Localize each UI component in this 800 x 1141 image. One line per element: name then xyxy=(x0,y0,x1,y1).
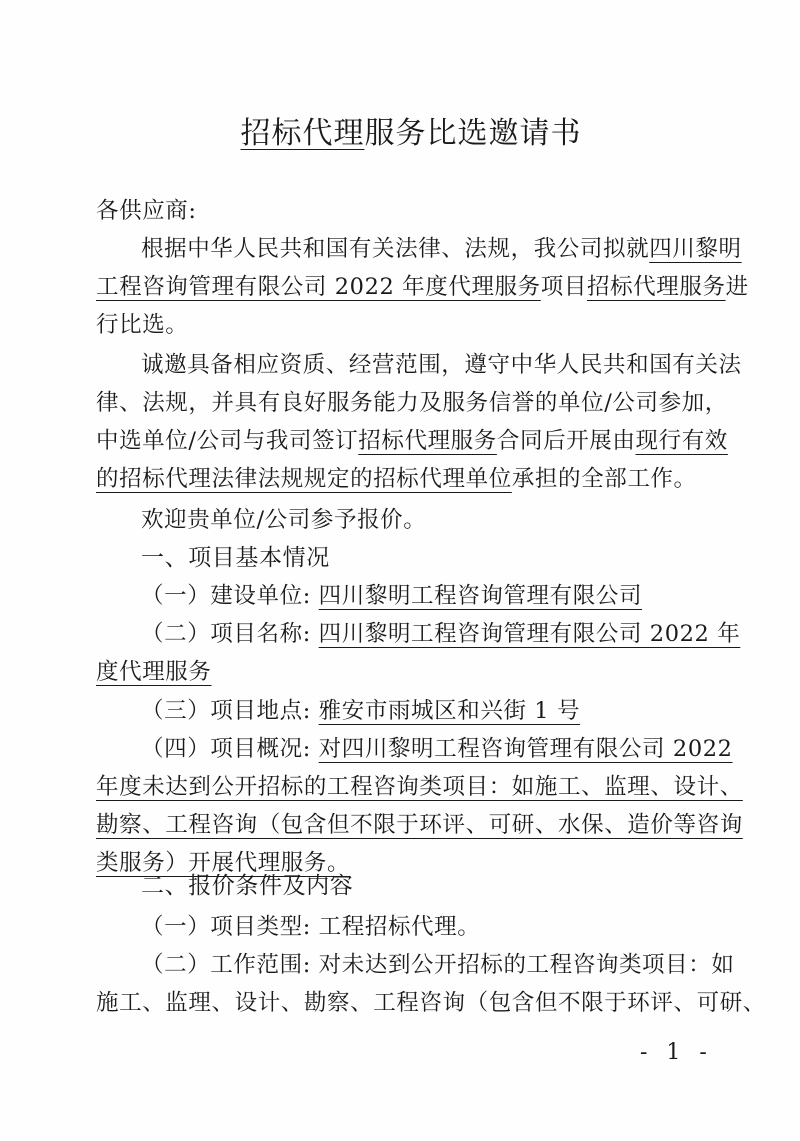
p2-line4: 的招标代理法律法规规定的招标代理单位承担的全部工作。 xyxy=(96,464,800,494)
page-number: - 1 - xyxy=(640,1040,713,1065)
section2-heading: 二、报价条件及内容 xyxy=(141,871,800,901)
s1-item3: （三）项目地点: 雅安市雨城区和兴街 1 号 xyxy=(141,696,800,726)
s2-item2: （二）工作范围: 对未达到公开招标的工程咨询类项目：如 xyxy=(141,950,800,980)
p2-line1: 诚邀具备相应资质、经营范围，遵守中华人民共和国有关法 xyxy=(141,350,800,380)
document-title: 招标代理服务比选邀请书 xyxy=(0,108,800,152)
p2-line3: 中选单位/公司与我司签订招标代理服务合同后开展由现行有效 xyxy=(96,426,800,456)
p2-line2: 律、法规，并具有良好服务能力及服务信誉的单位/公司参加， xyxy=(96,388,800,418)
section1-heading: 一、项目基本情况 xyxy=(141,543,800,573)
p3: 欢迎贵单位/公司参予报价。 xyxy=(141,505,800,535)
s1-item4-cont1: 年度未达到公开招标的工程咨询类项目：如施工、监理、设计、 xyxy=(96,772,800,802)
s1-item2-cont: 度代理服务 xyxy=(96,657,800,687)
s1-item1: （一）建设单位: 四川黎明工程咨询管理有限公司 xyxy=(141,581,800,611)
title-rest: 服务比选邀请书 xyxy=(365,116,582,151)
s1-item4-cont2: 勘察、工程咨询（包含但不限于环评、可研、水保、造价等咨询 xyxy=(96,810,800,840)
salutation: 各供应商: xyxy=(96,196,800,226)
s1-item2: （二）项目名称: 四川黎明工程咨询管理有限公司 2022 年 xyxy=(141,619,800,649)
s1-item4: （四）项目概况: 对四川黎明工程咨询管理有限公司 2022 xyxy=(141,734,800,764)
p1-line1: 根据中华人民共和国有关法律、法规，我公司拟就四川黎明 xyxy=(141,234,800,264)
s2-item1: （一）项目类型: 工程招标代理。 xyxy=(141,912,800,942)
p1-line3: 行比选。 xyxy=(96,310,800,340)
p1-line2: 工程咨询管理有限公司 2022 年度代理服务项目招标代理服务进 xyxy=(96,272,800,302)
title-underlined: 招标代理 xyxy=(219,116,365,151)
s2-item2-cont: 施工、监理、设计、勘察、工程咨询（包含但不限于环评、可研、 xyxy=(96,988,800,1018)
